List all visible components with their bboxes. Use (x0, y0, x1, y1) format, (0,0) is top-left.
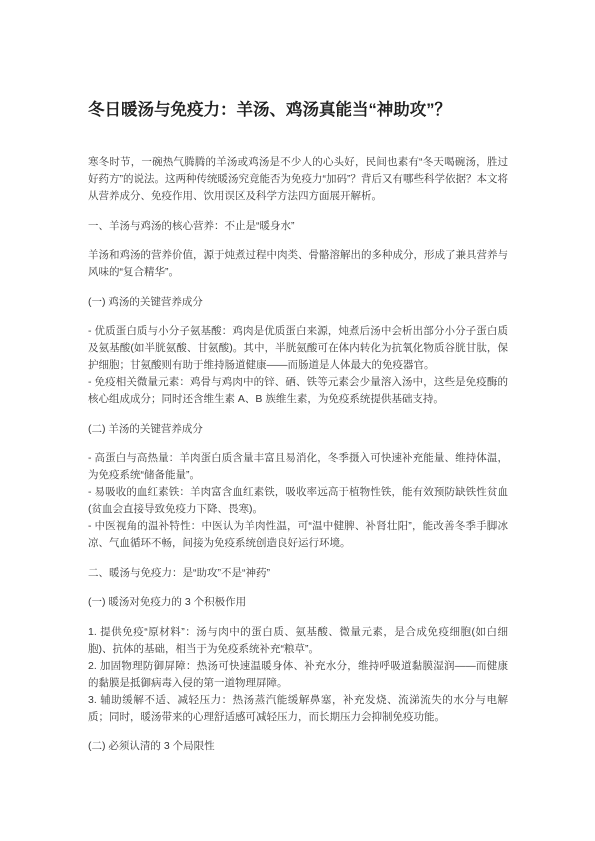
list-item: 1. 提供免疫“原材料”：汤与肉中的蛋白质、氨基酸、微量元素，是合成免疫细胞(如… (88, 624, 508, 658)
list-item: - 高蛋白与高热量：羊肉蛋白质含量丰富且易消化，冬季摄入可快速补充能量、维持体温… (88, 450, 508, 484)
section-1-heading: 一、羊汤与鸡汤的核心营养：不止是“暖身水” (88, 218, 508, 235)
section-1-intro: 羊汤和鸡汤的营养价值，源于炖煮过程中肉类、骨骼溶解出的多种成分，形成了兼具营养与… (88, 247, 508, 281)
document-title: 冬日暖汤与免疫力：羊汤、鸡汤真能当“神助攻”？ (88, 99, 508, 122)
document-page: 冬日暖汤与免疫力：羊汤、鸡汤真能当“神助攻”？ 寒冬时节，一碗热气腾腾的羊汤或鸡… (0, 0, 595, 841)
list-item: 2. 加固物理防御屏障：热汤可快速温暖身体、补充水分，维持呼吸道黏膜湿润——而健… (88, 658, 508, 692)
subsection-2-1-heading: (一) 暖汤对免疫力的 3 个积极作用 (88, 594, 508, 611)
list-item: - 中医视角的温补特性：中医认为羊肉性温，可“温中健脾、补肾壮阳”，能改善冬季手… (88, 518, 508, 552)
chicken-soup-nutrients-list: - 优质蛋白质与小分子氨基酸：鸡肉是优质蛋白来源，炖煮后汤中会析出部分小分子蛋白… (88, 323, 508, 408)
subsection-2-2-heading: (二) 必须认清的 3 个局限性 (88, 738, 508, 755)
section-2-heading: 二、暖汤与免疫力：是“助攻”不是“神药” (88, 565, 508, 582)
list-item: 3. 辅助缓解不适、减轻压力：热汤蒸汽能缓解鼻塞，补充发烧、流涕流失的水分与电解… (88, 692, 508, 726)
subsection-1-2-heading: (二) 羊汤的关键营养成分 (88, 421, 508, 438)
positive-effects-list: 1. 提供免疫“原材料”：汤与肉中的蛋白质、氨基酸、微量元素，是合成免疫细胞(如… (88, 624, 508, 726)
list-item: - 易吸收的血红素铁：羊肉富含血红素铁，吸收率远高于植物性铁，能有效预防缺铁性贫… (88, 484, 508, 518)
list-item: - 优质蛋白质与小分子氨基酸：鸡肉是优质蛋白来源，炖煮后汤中会析出部分小分子蛋白… (88, 323, 508, 374)
subsection-1-1-heading: (一) 鸡汤的关键营养成分 (88, 294, 508, 311)
intro-paragraph: 寒冬时节，一碗热气腾腾的羊汤或鸡汤是不少人的心头好，民间也素有“冬天喝碗汤，胜过… (88, 154, 508, 205)
mutton-soup-nutrients-list: - 高蛋白与高热量：羊肉蛋白质含量丰富且易消化，冬季摄入可快速补充能量、维持体温… (88, 450, 508, 552)
list-item: - 免疫相关微量元素：鸡骨与鸡肉中的锌、硒、铁等元素会少量溶入汤中，这些是免疫酶… (88, 374, 508, 408)
